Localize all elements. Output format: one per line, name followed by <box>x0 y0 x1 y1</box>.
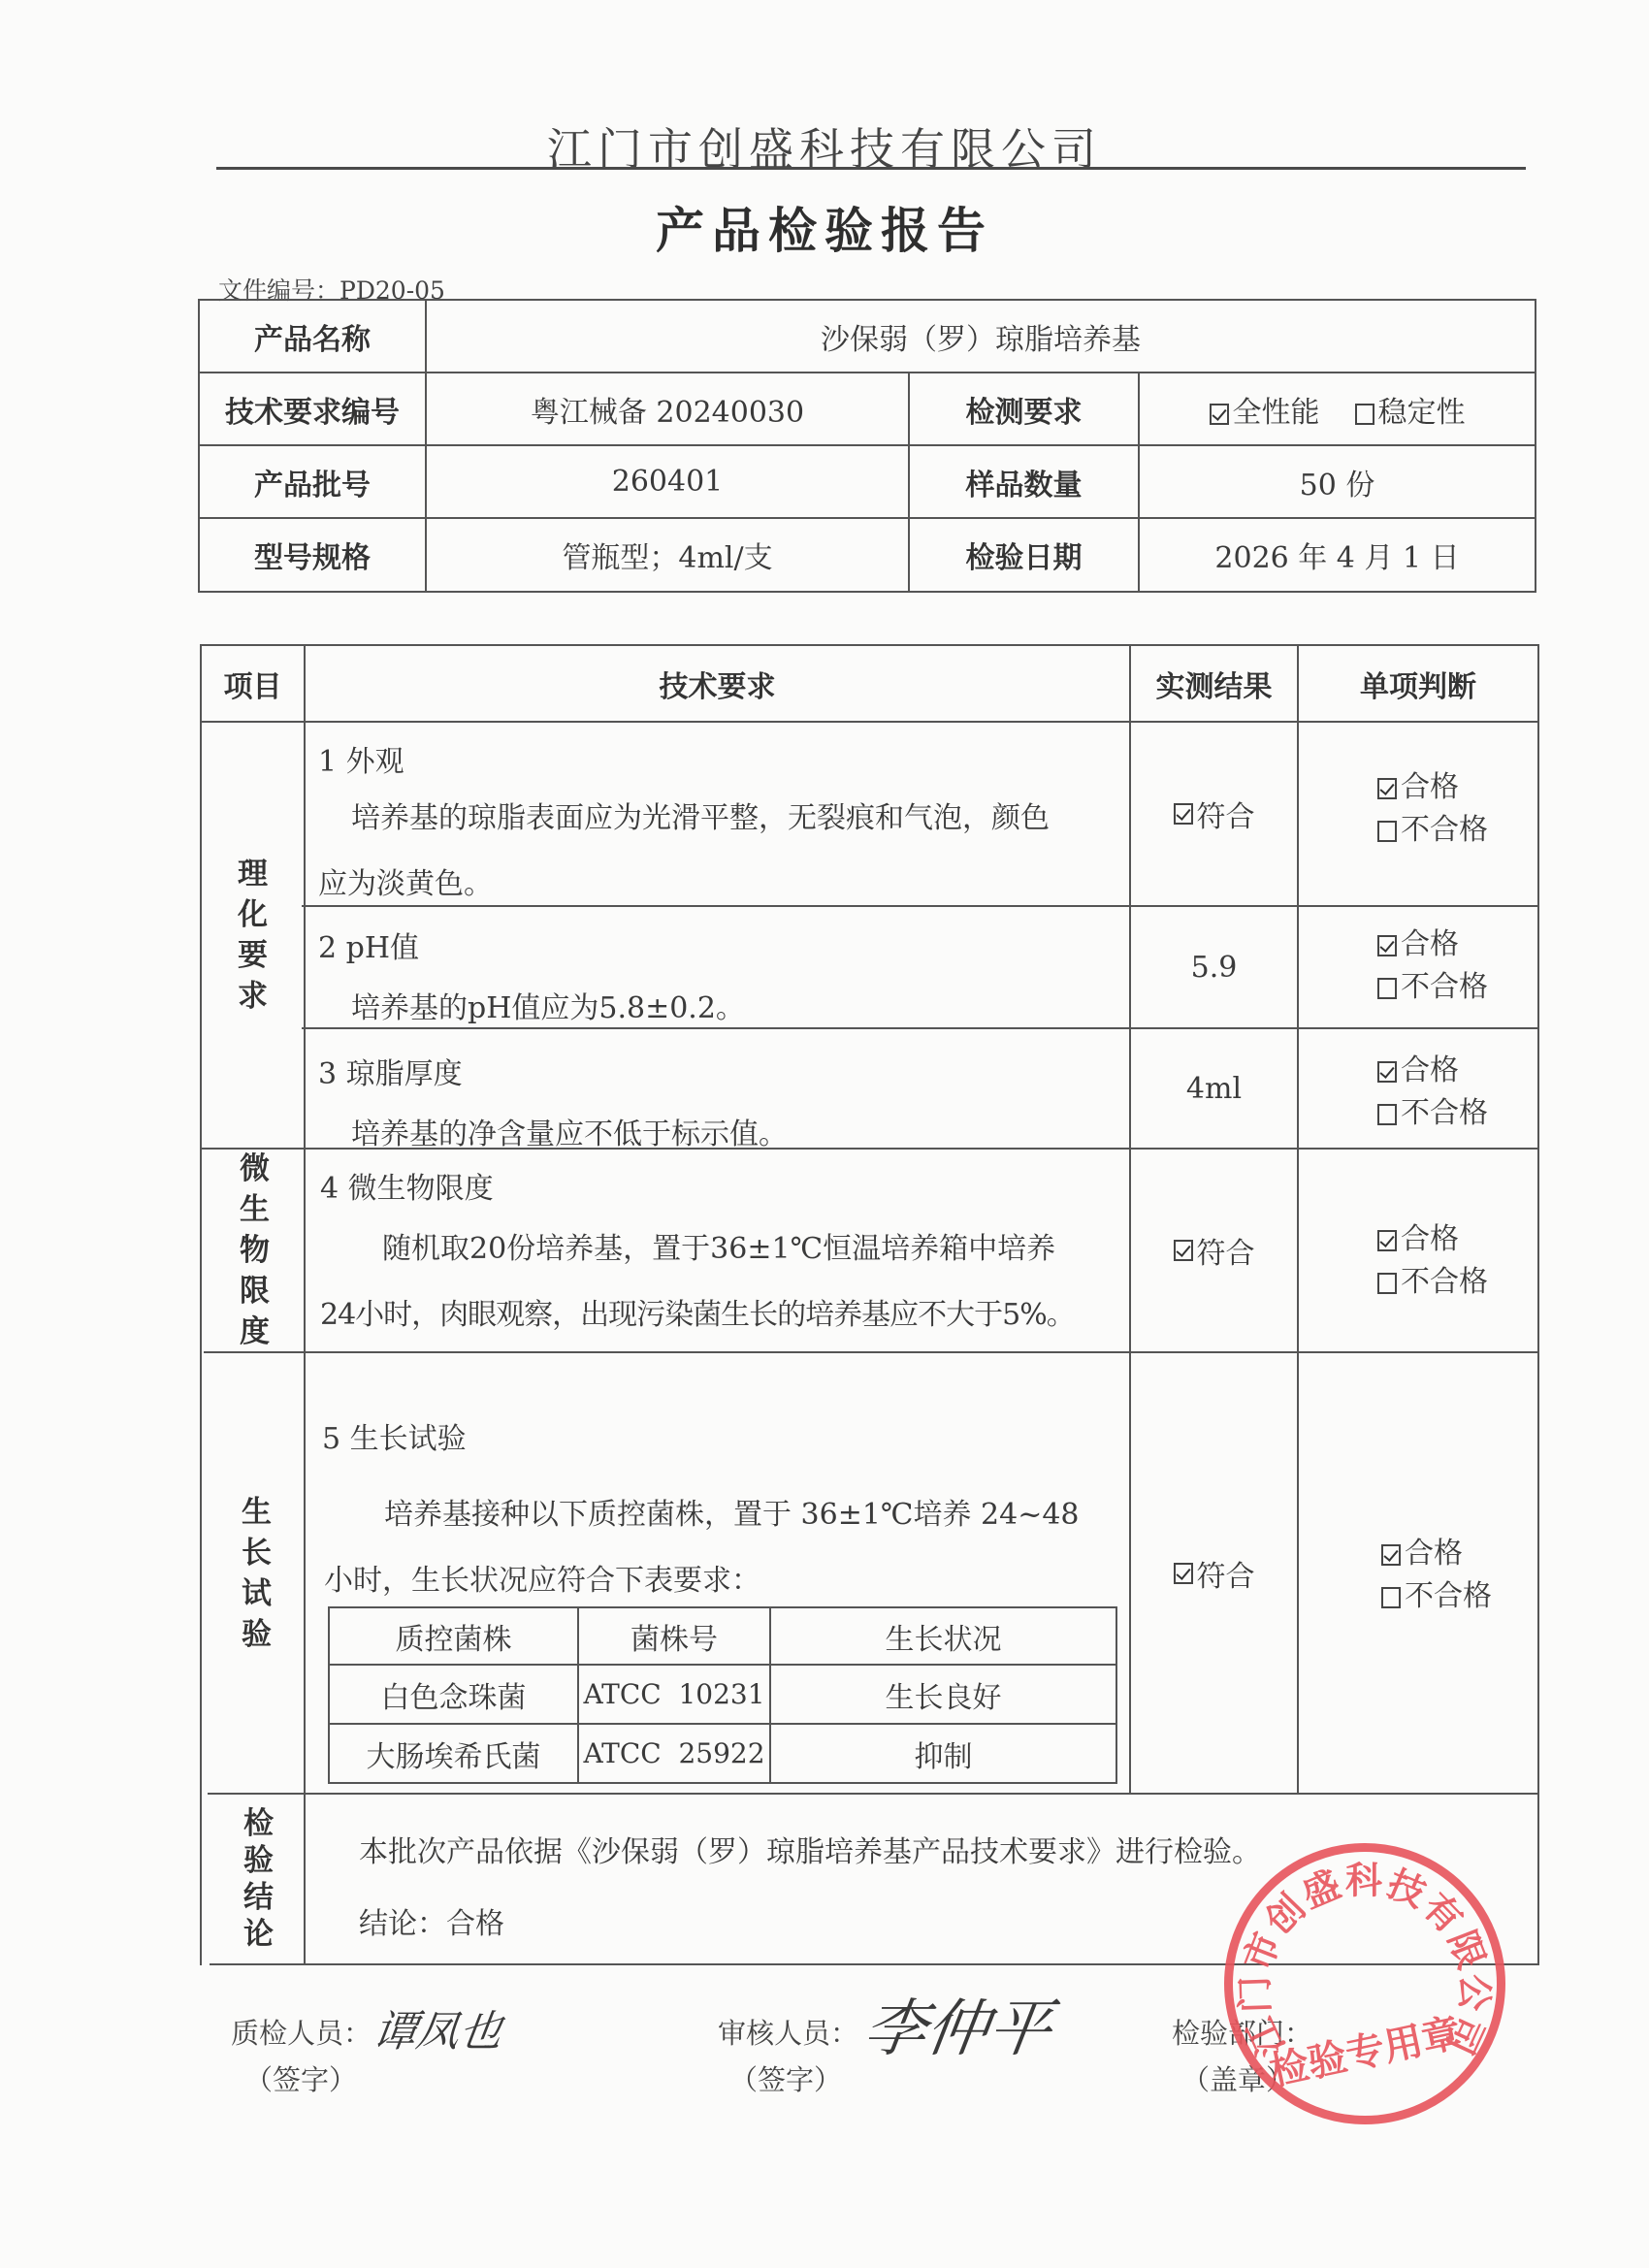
strain-header-growth: 生长状况 <box>771 1608 1115 1664</box>
inspector-signature: 谭凤也 <box>371 1996 507 2058</box>
model-label: 型号规格 <box>200 519 425 591</box>
row-requirement-line2: 应为淡黄色。 <box>318 859 493 902</box>
option-stability[interactable]: 稳定性 <box>1355 388 1466 431</box>
checkbox-empty-icon[interactable] <box>1377 978 1397 999</box>
row-title: 2 pH值 <box>318 923 419 966</box>
batch-value: 260401 <box>427 446 908 517</box>
sample-qty-label: 样品数量 <box>910 446 1138 517</box>
group-microbial-limit: 微生物限度 <box>204 1150 306 1351</box>
tech-req-no-value: 粤江械备 20240030 <box>427 373 908 444</box>
row-title: 4 微生物限度 <box>320 1164 494 1207</box>
checkbox-checked-icon[interactable] <box>1174 1563 1193 1584</box>
strain-name: 大肠埃希氏菌 <box>330 1725 577 1782</box>
tech-req-no-label: 技术要求编号 <box>200 373 425 444</box>
strain-growth: 抑制 <box>771 1725 1115 1782</box>
checkbox-checked-icon[interactable] <box>1377 1061 1397 1083</box>
strain-growth: 生长良好 <box>771 1666 1115 1723</box>
test-date-value: 2026 年 4 月 1 日 <box>1140 519 1535 591</box>
judge-pass-option[interactable]: 合格 <box>1377 923 1488 966</box>
batch-label: 产品批号 <box>200 446 425 517</box>
judge-pass-option[interactable]: 合格 <box>1377 1218 1488 1261</box>
reviewer-signature: 李仲平 <box>859 1979 1058 2068</box>
checkbox-checked-icon[interactable] <box>1174 803 1193 825</box>
row-measured: 4ml <box>1131 1029 1297 1148</box>
judge-fail-option[interactable]: 不合格 <box>1377 809 1488 852</box>
col-header-requirement: 技术要求 <box>306 646 1129 721</box>
checkbox-empty-icon[interactable] <box>1377 1104 1397 1125</box>
row-judgement: 合格 不合格 <box>1377 1050 1488 1135</box>
judge-fail-option[interactable]: 不合格 <box>1377 966 1488 1009</box>
checkbox-empty-icon[interactable] <box>1355 404 1374 425</box>
option-full-performance[interactable]: 全性能 <box>1210 388 1320 431</box>
conclusion-line2: 结论：合格 <box>359 1899 504 1942</box>
checkbox-empty-icon[interactable] <box>1377 1273 1397 1294</box>
row-judgement: 合格 不合格 <box>1381 1533 1492 1618</box>
judge-fail-option[interactable]: 不合格 <box>1381 1575 1492 1618</box>
strain-id: ATCC 25922 <box>579 1725 769 1782</box>
row-judgement: 合格 不合格 <box>1377 923 1488 1009</box>
col-header-item: 项目 <box>202 646 304 721</box>
header-rule <box>216 167 1526 170</box>
checkbox-checked-icon[interactable] <box>1377 1230 1397 1251</box>
row-measured: 5.9 <box>1131 907 1297 1027</box>
checkbox-checked-icon[interactable] <box>1174 1240 1193 1261</box>
checkbox-empty-icon[interactable] <box>1377 821 1397 842</box>
test-req-label: 检测要求 <box>910 373 1138 444</box>
col-header-measured: 实测结果 <box>1131 646 1297 721</box>
group-growth-test: 生长试验 <box>206 1353 307 1793</box>
row-requirement-line1: 培养基的pH值应为5.8±0.2。 <box>351 984 745 1026</box>
strain-header-name: 质控菌株 <box>330 1608 577 1664</box>
sample-qty-value: 50 份 <box>1140 446 1535 517</box>
judge-pass-option[interactable]: 合格 <box>1377 766 1488 809</box>
strain-header-id: 菌株号 <box>579 1608 769 1664</box>
report-title: 产品检验报告 <box>0 192 1649 262</box>
company-seal: 江门市创盛科技有限公司 检验专用章 <box>1224 1843 1505 2124</box>
row-title: 3 琼脂厚度 <box>318 1050 463 1092</box>
row-requirement-line2: 24小时，肉眼观察，出现污染菌生长的培养基应不大于5%。 <box>320 1290 1075 1333</box>
reviewer-label: 审核人员： <box>718 2012 858 2052</box>
row-title: 5 生长试验 <box>322 1414 467 1457</box>
test-date-label: 检验日期 <box>910 519 1138 591</box>
judge-pass-option[interactable]: 合格 <box>1377 1050 1488 1092</box>
row-judgement: 合格 不合格 <box>1377 766 1488 852</box>
judge-fail-option[interactable]: 不合格 <box>1377 1092 1488 1135</box>
checkbox-checked-icon[interactable] <box>1377 935 1397 956</box>
checkbox-checked-icon[interactable] <box>1381 1544 1401 1566</box>
model-value: 管瓶型；4ml/支 <box>427 519 908 591</box>
row-requirement-line1: 随机取20份培养基，置于36±1℃恒温培养箱中培养 <box>382 1224 1055 1267</box>
reviewer-sub: （签字） <box>729 2058 842 2098</box>
row-measured: 符合 <box>1131 1150 1297 1351</box>
checkbox-checked-icon[interactable] <box>1210 404 1229 425</box>
inspector-label: 质检人员： <box>231 2012 372 2052</box>
row-requirement-line1: 培养基的琼脂表面应为光滑平整，无裂痕和气泡，颜色 <box>351 794 1050 836</box>
judge-pass-option[interactable]: 合格 <box>1381 1533 1492 1575</box>
product-name-label: 产品名称 <box>200 301 425 372</box>
strain-id: ATCC 10231 <box>579 1666 769 1723</box>
row-requirement-line2: 小时，生长状况应符合下表要求： <box>324 1556 760 1599</box>
strain-name: 白色念珠菌 <box>330 1666 577 1723</box>
group-physicochemical: 理化要求 <box>202 723 304 1148</box>
checkbox-checked-icon[interactable] <box>1377 778 1397 799</box>
judge-fail-option[interactable]: 不合格 <box>1377 1261 1488 1304</box>
checkbox-empty-icon[interactable] <box>1381 1587 1401 1608</box>
row-title: 1 外观 <box>318 737 404 780</box>
row-requirement-line1: 培养基接种以下质控菌株，置于 36±1℃培养 24~48 <box>384 1490 1080 1533</box>
test-req-options: 全性能 稳定性 <box>1140 373 1535 444</box>
row-judgement: 合格 不合格 <box>1377 1218 1488 1304</box>
conclusion-line1: 本批次产品依据《沙保弱（罗）琼脂培养基产品技术要求》进行检验。 <box>359 1828 1261 1870</box>
inspector-sub: （签字） <box>244 2058 357 2098</box>
group-conclusion: 检验结论 <box>208 1795 309 1963</box>
row-requirement-line1: 培养基的净含量应不低于标示值。 <box>351 1110 788 1152</box>
row-measured: 符合 <box>1131 723 1297 905</box>
col-header-judgement: 单项判断 <box>1299 646 1537 721</box>
row-measured: 符合 <box>1131 1353 1297 1793</box>
product-name-value: 沙保弱（罗）琼脂培养基 <box>427 301 1535 372</box>
